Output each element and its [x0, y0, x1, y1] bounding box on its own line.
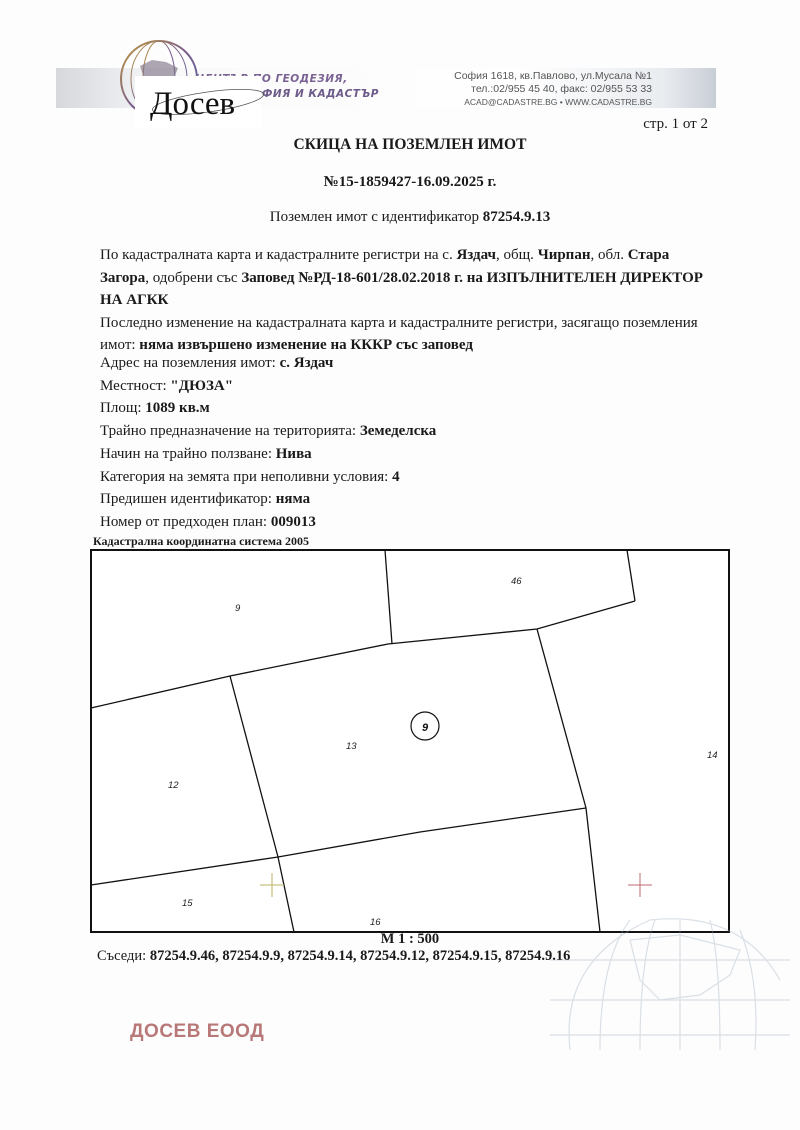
field-purpose: Трайно предназначение на територията: Зе…	[100, 420, 436, 443]
parcel-label: 15	[182, 898, 193, 909]
company-stamp: ДОСЕВ ЕООД	[130, 1021, 264, 1043]
document-number: №15-1859427-16.09.2025 г.	[0, 174, 800, 191]
parcel-fields: Адрес на поземления имот: с. Яздач Местн…	[100, 352, 436, 534]
field-usage: Начин на трайно ползване: Нива	[100, 443, 436, 466]
basis-paragraph: По кадастралната карта и кадастралните р…	[100, 244, 720, 357]
field-area: Площ: 1089 кв.м	[100, 397, 436, 420]
phone-fax: тел.:02/955 45 40, факс: 02/955 53 33	[454, 83, 652, 96]
field-address: Адрес на поземления имот: с. Яздач	[100, 352, 436, 375]
parcel-identifier: Поземлен имот с идентификатор 87254.9.13	[0, 209, 800, 226]
neighbors: Съседи: 87254.9.46, 87254.9.9, 87254.9.1…	[97, 948, 570, 965]
page-number: стр. 1 от 2	[643, 116, 708, 133]
field-previous-id: Предишен идентификатор: няма	[100, 488, 436, 511]
parcel-label: 14	[707, 750, 718, 761]
address: София 1618, кв.Павлово, ул.Мусала №1	[454, 70, 652, 83]
parcel-label: 9	[235, 603, 241, 614]
svg-text:9: 9	[422, 722, 429, 734]
cadastral-map: 9 9461312141516	[90, 549, 730, 933]
email-web: ACAD@CADASTRE.BG • WWW.CADASTRE.BG	[454, 96, 652, 109]
parcel-label: 16	[370, 917, 381, 928]
field-locality: Местност: "ДЮЗА"	[100, 375, 436, 398]
parcel-label: 46	[511, 576, 522, 587]
parcel-label: 13	[346, 741, 357, 752]
parcel-label: 12	[168, 780, 179, 791]
contact-info: София 1618, кв.Павлово, ул.Мусала №1 тел…	[454, 70, 652, 109]
field-previous-plan: Номер от предходен план: 009013	[100, 511, 436, 534]
company-logo: Досев	[150, 86, 235, 122]
field-category: Категория на земята при неполивни услови…	[100, 466, 436, 489]
document-title: СКИЦА НА ПОЗЕМЛЕН ИМОТ	[0, 136, 800, 154]
watermark-globe-icon	[540, 900, 790, 1060]
coordinate-system: Кадастрална координатна система 2005	[93, 534, 309, 549]
